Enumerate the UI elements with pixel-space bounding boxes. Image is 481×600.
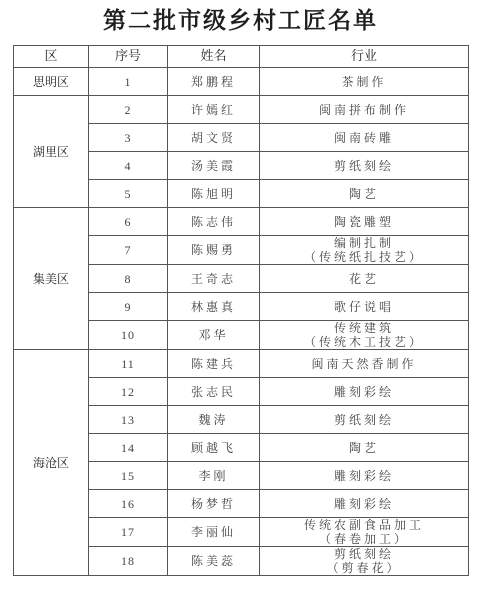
name-cell: 郑鹏程 bbox=[168, 68, 260, 96]
industry-cell: 剪纸刻绘 （剪春花） bbox=[260, 547, 469, 576]
seq-cell: 14 bbox=[89, 434, 168, 462]
industry-line: 陶艺 bbox=[260, 441, 468, 455]
table-header-row: 区 序号 姓名 行业 bbox=[14, 46, 469, 68]
industry-line: 闽南拼布制作 bbox=[260, 103, 468, 117]
name-cell: 陈建兵 bbox=[168, 350, 260, 378]
industry-line: 剪纸刻绘 bbox=[260, 547, 468, 561]
seq-cell: 6 bbox=[89, 208, 168, 236]
industry-cell: 茶制作 bbox=[260, 68, 469, 96]
industry-cell: 剪纸刻绘 bbox=[260, 152, 469, 180]
industry-line: 剪纸刻绘 bbox=[260, 413, 468, 427]
industry-cell: 闽南砖雕 bbox=[260, 124, 469, 152]
industry-cell: 歌仔说唱 bbox=[260, 293, 469, 321]
name-cell: 许嫣红 bbox=[168, 96, 260, 124]
artisan-roster-table: 区 序号 姓名 行业 思明区 1 郑鹏程 茶制作 湖里区 2 许嫣红 闽南拼布制… bbox=[13, 45, 469, 576]
industry-subline: （春卷加工） bbox=[260, 532, 468, 546]
industry-cell: 陶瓷雕塑 bbox=[260, 208, 469, 236]
document-title: 第二批市级乡村工匠名单 bbox=[0, 6, 481, 36]
header-name: 姓名 bbox=[168, 46, 260, 68]
industry-subline: （传统木工技艺） bbox=[260, 335, 468, 349]
industry-cell: 陶艺 bbox=[260, 180, 469, 208]
table-row: 集美区 6 陈志伟 陶瓷雕塑 bbox=[14, 208, 469, 236]
name-cell: 邓华 bbox=[168, 321, 260, 350]
industry-cell: 雕刻彩绘 bbox=[260, 378, 469, 406]
industry-line: 花艺 bbox=[260, 272, 468, 286]
seq-cell: 12 bbox=[89, 378, 168, 406]
industry-line: 陶瓷雕塑 bbox=[260, 215, 468, 229]
seq-cell: 5 bbox=[89, 180, 168, 208]
table-row: 思明区 1 郑鹏程 茶制作 bbox=[14, 68, 469, 96]
seq-cell: 8 bbox=[89, 265, 168, 293]
industry-cell: 闽南天然香制作 bbox=[260, 350, 469, 378]
industry-cell: 陶艺 bbox=[260, 434, 469, 462]
seq-cell: 11 bbox=[89, 350, 168, 378]
industry-cell: 传统农副食品加工 （春卷加工） bbox=[260, 518, 469, 547]
seq-cell: 7 bbox=[89, 236, 168, 265]
name-cell: 林惠真 bbox=[168, 293, 260, 321]
name-cell: 王奇志 bbox=[168, 265, 260, 293]
name-cell: 陈赐勇 bbox=[168, 236, 260, 265]
industry-cell: 剪纸刻绘 bbox=[260, 406, 469, 434]
name-cell: 魏涛 bbox=[168, 406, 260, 434]
industry-line: 雕刻彩绘 bbox=[260, 469, 468, 483]
name-cell: 陈志伟 bbox=[168, 208, 260, 236]
industry-line: 闽南砖雕 bbox=[260, 131, 468, 145]
seq-cell: 17 bbox=[89, 518, 168, 547]
seq-cell: 18 bbox=[89, 547, 168, 576]
seq-cell: 13 bbox=[89, 406, 168, 434]
table-row: 湖里区 2 许嫣红 闽南拼布制作 bbox=[14, 96, 469, 124]
industry-line: 剪纸刻绘 bbox=[260, 159, 468, 173]
industry-line: 雕刻彩绘 bbox=[260, 385, 468, 399]
name-cell: 顾越飞 bbox=[168, 434, 260, 462]
seq-cell: 2 bbox=[89, 96, 168, 124]
seq-cell: 3 bbox=[89, 124, 168, 152]
industry-line: 陶艺 bbox=[260, 187, 468, 201]
seq-cell: 15 bbox=[89, 462, 168, 490]
district-cell: 思明区 bbox=[14, 68, 89, 96]
name-cell: 陈旭明 bbox=[168, 180, 260, 208]
industry-subline: （剪春花） bbox=[260, 561, 468, 575]
district-cell: 湖里区 bbox=[14, 96, 89, 208]
industry-subline: （传统纸扎技艺） bbox=[260, 250, 468, 264]
seq-cell: 4 bbox=[89, 152, 168, 180]
industry-line: 歌仔说唱 bbox=[260, 300, 468, 314]
industry-cell: 编制扎制 （传统纸扎技艺） bbox=[260, 236, 469, 265]
seq-cell: 1 bbox=[89, 68, 168, 96]
header-industry: 行业 bbox=[260, 46, 469, 68]
table-row: 海沧区 11 陈建兵 闽南天然香制作 bbox=[14, 350, 469, 378]
seq-cell: 16 bbox=[89, 490, 168, 518]
header-seq: 序号 bbox=[89, 46, 168, 68]
industry-cell: 雕刻彩绘 bbox=[260, 462, 469, 490]
name-cell: 陈美蕊 bbox=[168, 547, 260, 576]
industry-cell: 闽南拼布制作 bbox=[260, 96, 469, 124]
name-cell: 胡文贤 bbox=[168, 124, 260, 152]
name-cell: 杨梦哲 bbox=[168, 490, 260, 518]
industry-cell: 花艺 bbox=[260, 265, 469, 293]
name-cell: 李丽仙 bbox=[168, 518, 260, 547]
seq-cell: 10 bbox=[89, 321, 168, 350]
industry-cell: 传统建筑 （传统木工技艺） bbox=[260, 321, 469, 350]
district-cell: 海沧区 bbox=[14, 350, 89, 576]
seq-cell: 9 bbox=[89, 293, 168, 321]
district-cell: 集美区 bbox=[14, 208, 89, 350]
name-cell: 汤美霞 bbox=[168, 152, 260, 180]
industry-cell: 雕刻彩绘 bbox=[260, 490, 469, 518]
industry-line: 闽南天然香制作 bbox=[260, 357, 468, 371]
name-cell: 李刚 bbox=[168, 462, 260, 490]
industry-line: 茶制作 bbox=[260, 75, 468, 89]
industry-line: 编制扎制 bbox=[260, 236, 468, 250]
industry-line: 雕刻彩绘 bbox=[260, 497, 468, 511]
header-district: 区 bbox=[14, 46, 89, 68]
name-cell: 张志民 bbox=[168, 378, 260, 406]
industry-line: 传统农副食品加工 bbox=[260, 518, 468, 532]
industry-line: 传统建筑 bbox=[260, 321, 468, 335]
